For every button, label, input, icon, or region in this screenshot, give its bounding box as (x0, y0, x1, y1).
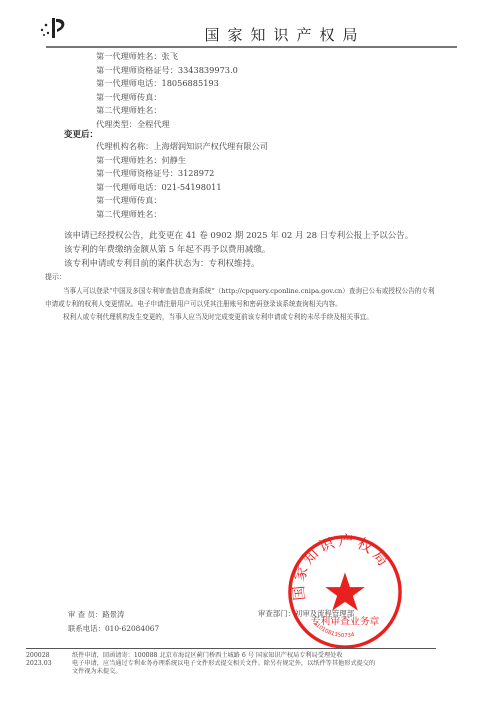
tips-line: 申请或专利的权利人变更情况。电子申请注册用户可以凭其注册账号和密码登录该系统查询… (45, 298, 457, 311)
field-row: 第一代理师电话：021-54198011 (96, 181, 268, 195)
tips-label: 提示： (45, 272, 66, 282)
notice-line: 该专利的年费缴纳金额从第 5 年起不再予以费用减缴。 (64, 243, 413, 257)
field-row: 代理类型：全程代理 (96, 118, 238, 132)
field-row: 第一代理师电话：18056885193 (96, 77, 238, 91)
after-change-fields: 代理机构名称：上海熠润知识产权代理有限公司 第一代理师姓名：何静生 第一代理师资… (96, 140, 268, 221)
reviewer-block: 审 查 员：路景涛 联系电话：010-62084067 (68, 608, 159, 636)
field-row: 第二代理师姓名： (96, 104, 238, 118)
form-version: 2023.03 (26, 660, 66, 668)
field-row: 第一代理师传真： (96, 91, 238, 105)
footer-line: 电子申请，应当通过专利业务办理系统以电子文件形式提交相关文件。除另有规定外，以纸… (72, 660, 432, 668)
reviewer-name: 审 查 员：路景涛 (68, 608, 159, 622)
notice-line: 该申请已经授权公告，此变更在 41 卷 0902 期 2025 年 02 月 2… (64, 229, 413, 243)
field-row: 第一代理师姓名：何静生 (96, 154, 268, 168)
form-code: 200028 (26, 652, 66, 660)
tips-line: 当事人可以登录“中国及多国专利审查信息查询系统”（http://cpquery.… (45, 285, 457, 298)
notice-block: 该申请已经授权公告，此变更在 41 卷 0902 期 2025 年 02 月 2… (64, 229, 413, 271)
official-seal-icon: 国家知识产权局 专利审查业务章 1101081350734 (286, 533, 404, 651)
field-row: 代理机构名称：上海熠润知识产权代理有限公司 (96, 140, 268, 154)
field-row: 第一代理师姓名：张飞 (96, 50, 238, 64)
reviewer-phone: 联系电话：010-62084067 (68, 622, 159, 636)
footer-line: 文件视为未提交。 (72, 668, 432, 676)
page-title: 国家知识产权局 (0, 24, 500, 45)
footer-line: 纸件申请，回函请寄：100088 北京市海淀区蓟门桥西土城路 6 号 国家知识产… (72, 652, 432, 660)
field-row: 第一代理师资格证号：3343839973.0 (96, 64, 238, 78)
field-row: 第一代理师传真： (96, 194, 268, 208)
footer-divider (26, 648, 436, 649)
tips-block: 当事人可以登录“中国及多国专利审查信息查询系统”（http://cpquery.… (45, 285, 457, 324)
notice-line: 该专利申请或专利目前的案件状态为：专利权维持。 (64, 257, 413, 271)
before-change-fields: 第一代理师姓名：张飞 第一代理师资格证号：3343839973.0 第一代理师电… (96, 50, 238, 131)
tips-line: 权利人或专利代理机构发生变更的，当事人应当及时完成变更前该专利申请或专利的未尽手… (45, 311, 457, 324)
header-divider (46, 46, 457, 48)
section-label-after: 变更后： (64, 128, 98, 140)
field-row: 第二代理师姓名： (96, 208, 268, 222)
field-row: 第一代理师资格证号：3128972 (96, 167, 268, 181)
